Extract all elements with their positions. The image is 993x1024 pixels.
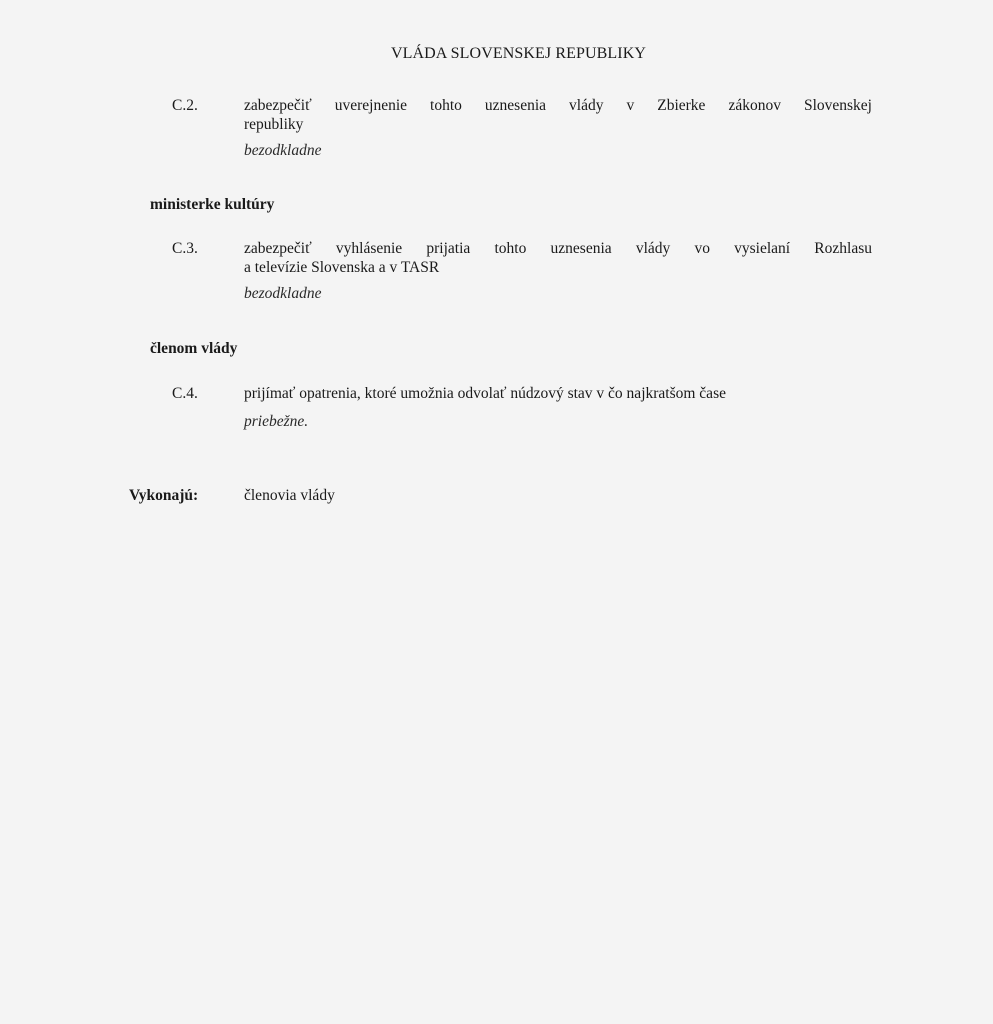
item-deadline: bezodkladne (244, 284, 321, 303)
item-text-line: zabezpečiť vyhlásenie prijatia tohto uzn… (244, 239, 872, 258)
addressee-heading: členom vlády (150, 339, 237, 358)
addressee-heading: ministerke kultúry (150, 195, 274, 214)
document-page: VLÁDA SLOVENSKEJ REPUBLIKY C.2. zabezpeč… (0, 0, 993, 1024)
document-header: VLÁDA SLOVENSKEJ REPUBLIKY (22, 44, 993, 63)
item-text-line: prijímať opatrenia, ktoré umožnia odvola… (244, 384, 872, 403)
item-text-line: republiky (244, 115, 872, 134)
item-text-line: zabezpečiť uverejnenie tohto uznesenia v… (244, 96, 872, 115)
executors-label: Vykonajú: (129, 486, 198, 505)
item-number: C.4. (172, 384, 244, 403)
item-text: prijímať opatrenia, ktoré umožnia odvola… (244, 384, 872, 403)
item-text: zabezpečiť vyhlásenie prijatia tohto uzn… (244, 239, 872, 277)
item-number: C.3. (172, 239, 244, 258)
item-text-line: a televízie Slovenska a v TASR (244, 258, 872, 277)
item-number: C.2. (172, 96, 244, 115)
executors-value: členovia vlády (244, 486, 335, 505)
item-text: zabezpečiť uverejnenie tohto uznesenia v… (244, 96, 872, 134)
item-deadline: priebežne. (244, 412, 308, 431)
item-deadline: bezodkladne (244, 141, 321, 160)
